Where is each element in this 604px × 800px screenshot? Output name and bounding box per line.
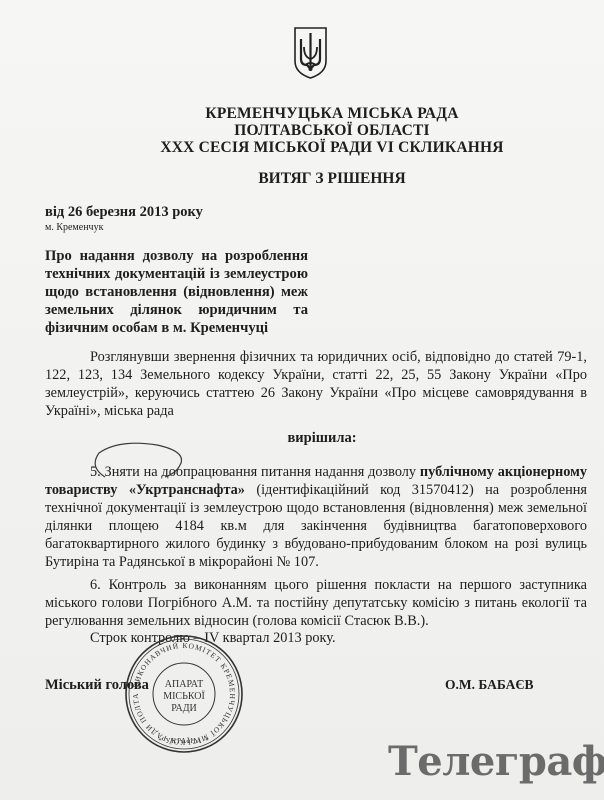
header-session: XXX СЕСІЯ МІСЬКОЇ РАДИ VI СКЛИКАННЯ: [30, 139, 604, 157]
svg-text:МІСЬКОЇ: МІСЬКОЇ: [163, 690, 205, 702]
item-6-paragraph: 6. Контроль за виконанням цього рішення …: [45, 576, 587, 630]
item-6-text: Контроль за виконанням цього рішення пок…: [45, 577, 587, 629]
svg-text:РАДИ: РАДИ: [171, 703, 197, 714]
official-stamp-seal: ВИКОНАВЧИЙ КОМІТЕТ КРЕМЕНЧУЦЬКОЇ МІСЬКОЇ…: [123, 633, 245, 755]
svg-text:* УКРАЇНА *: * УКРАЇНА *: [158, 737, 210, 745]
document-city: м. Кременчук: [45, 222, 103, 233]
item-6-number: 6.: [90, 577, 101, 593]
watermark-main: Телеграф: [388, 738, 604, 785]
document-subject: Про надання дозволу на розроблення техні…: [45, 247, 308, 337]
document-date: від 26 березня 2013 року: [45, 204, 203, 221]
trident-coat-of-arms-icon: [292, 25, 329, 80]
preamble-paragraph: Розглянувши звернення фізичних та юридич…: [45, 348, 587, 420]
telegraf-watermark-logo: ТелеграфЪ: [388, 738, 604, 785]
document-title: ВИТЯГ З РІШЕННЯ: [30, 170, 604, 188]
signature-name: О.М. БАБАЄВ: [445, 677, 534, 693]
header-council-name: КРЕМЕНЧУЦЬКА МІСЬКА РАДА: [30, 105, 604, 123]
handwritten-circle-mark: [85, 441, 187, 481]
header-region: ПОЛТАВСЬКОЇ ОБЛАСТІ: [30, 122, 604, 140]
svg-text:АПАРАТ: АПАРАТ: [165, 679, 203, 690]
scanned-document-page: КРЕМЕНЧУЦЬКА МІСЬКА РАДА ПОЛТАВСЬКОЇ ОБЛ…: [0, 0, 604, 800]
